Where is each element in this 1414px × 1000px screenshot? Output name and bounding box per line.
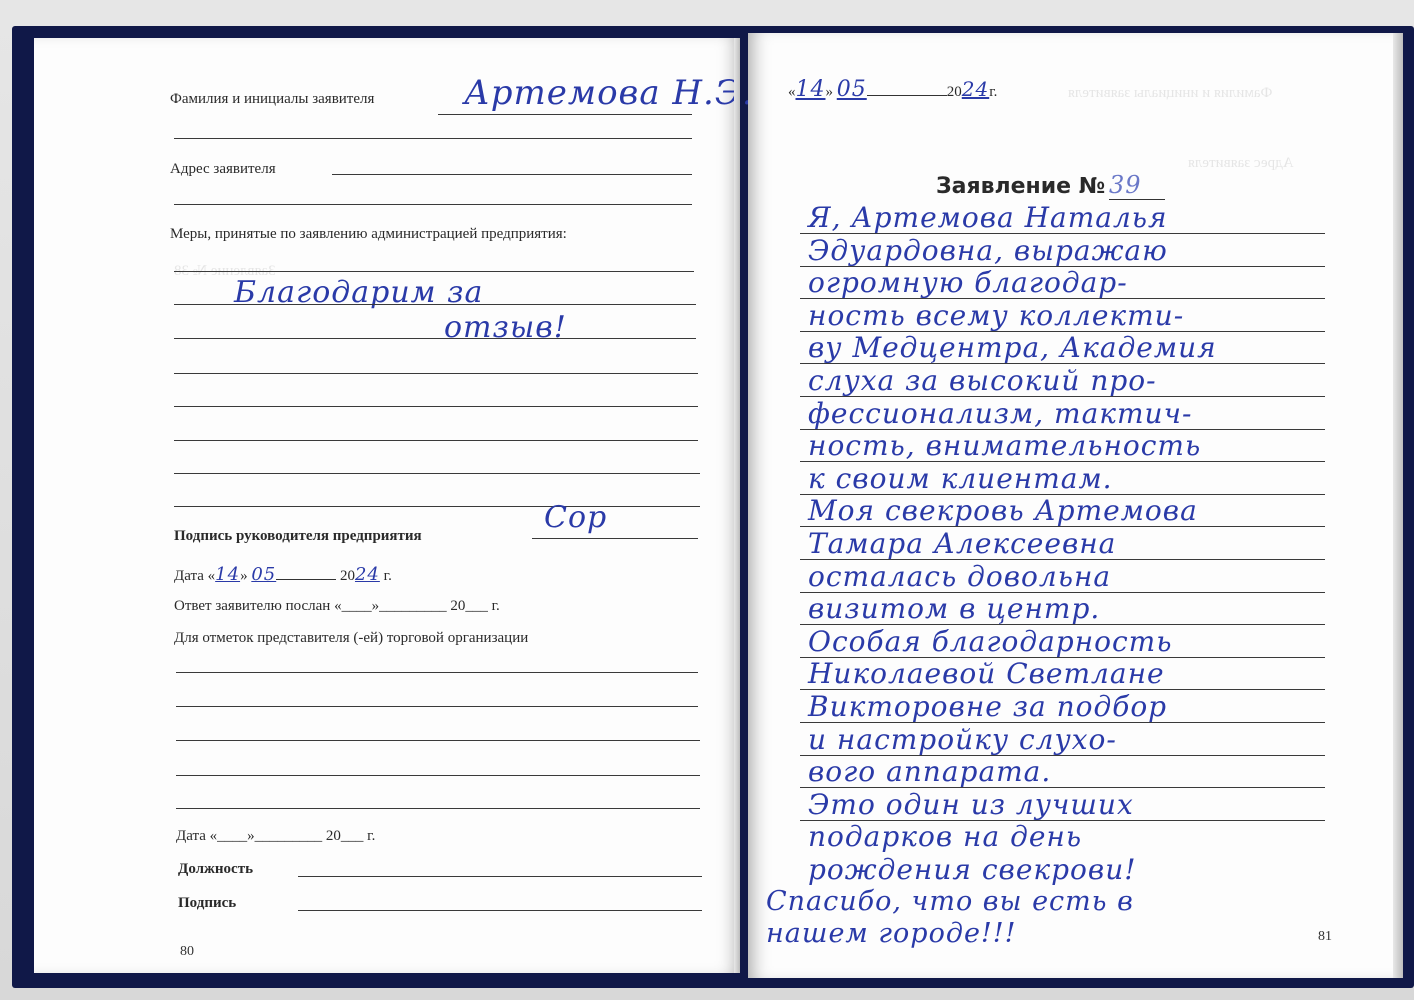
statement-title: Заявление № [936, 174, 1105, 199]
manager-signature-value[interactable]: Сор [544, 500, 607, 535]
date-month[interactable]: 05 [837, 77, 867, 102]
date-month[interactable]: 05 [251, 564, 276, 585]
notes-line-3[interactable] [176, 740, 700, 741]
statement-line[interactable]: Спасибо, что вы есть в [766, 886, 1134, 917]
date-suffix: г. [989, 84, 997, 100]
date-year-suffix[interactable]: 24 [355, 564, 380, 585]
statement-line[interactable]: и настройку слухо- [808, 723, 1117, 756]
measures-label: Меры, принятые по заявлению администраци… [170, 226, 567, 243]
reply-sent-text: Ответ заявителю послан «____»_________ 2… [174, 598, 500, 615]
date-month-line [867, 95, 947, 96]
manager-signature-label: Подпись руководителя предприятия [174, 528, 422, 545]
statement-rule-line [800, 657, 1325, 658]
right-page: Фамилия и инициалы заявителя Адрес заяви… [748, 33, 1403, 978]
statement-rule-line [800, 755, 1325, 756]
statement-title-row: Заявление № 39 [936, 171, 1165, 200]
statement-line[interactable]: ву Медцентра, Академия [808, 331, 1217, 364]
statement-line[interactable]: фессионализм, тактич- [808, 397, 1192, 430]
statement-rule-line [800, 494, 1325, 495]
statement-line[interactable]: рождения свекрови! [808, 853, 1136, 886]
measures-line-7 [174, 473, 700, 474]
right-page-edge [1393, 33, 1403, 978]
statement-line[interactable]: ность, внимательность [808, 429, 1201, 462]
date-year-suffix[interactable]: 24 [962, 77, 989, 101]
statement-rule-line [800, 233, 1325, 234]
statement-date-row: «14» 052024г. [788, 77, 997, 102]
signature-label: Подпись [178, 895, 236, 912]
notes-line-2[interactable] [176, 706, 698, 707]
manager-signature-line [532, 538, 698, 539]
statement-rule-line [800, 624, 1325, 625]
statement-rule-line [800, 689, 1325, 690]
page-number-right: 81 [1318, 929, 1332, 945]
applicant-name-line-2 [174, 138, 692, 139]
date-close-quote: » [826, 84, 834, 100]
measures-line-5 [174, 406, 698, 407]
statement-line[interactable]: вого аппарата. [808, 755, 1051, 788]
date-close-quote: » [240, 568, 251, 584]
notes-line-4[interactable] [176, 775, 700, 776]
address-line-2[interactable] [174, 204, 692, 205]
statement-rule-line [800, 331, 1325, 332]
date-month-line [276, 579, 336, 580]
trade-org-notes-label: Для отметок представителя (-ей) торговой… [174, 630, 528, 647]
bottom-date-text: Дата «____»_________ 20___ г. [176, 828, 375, 845]
applicant-name-line [438, 114, 692, 115]
statement-rule-line [800, 592, 1325, 593]
statement-line[interactable]: Особая благодарность [808, 625, 1172, 658]
show-through-text-2: Адрес заявителя [1188, 155, 1294, 172]
page-number-left: 80 [180, 944, 194, 960]
measures-line-6 [174, 440, 698, 441]
statement-line[interactable]: к своим клиентам. [808, 462, 1113, 495]
statement-rule-line [800, 526, 1325, 527]
statement-line[interactable]: визитом в центр. [808, 592, 1100, 625]
statement-line[interactable]: Тамара Алексеевна [808, 527, 1116, 560]
statement-line[interactable]: осталась довольна [808, 560, 1111, 593]
statement-rule-line [800, 429, 1325, 430]
date-suffix: г. [384, 568, 392, 584]
date-open-quote: « [788, 84, 796, 100]
left-page: Заявление № 38 Фамилия и инициалы заявит… [34, 38, 740, 973]
measures-line-8 [174, 506, 700, 507]
notes-line-1[interactable] [176, 672, 698, 673]
statement-line[interactable]: ность всему коллекти- [808, 299, 1184, 332]
statement-line[interactable]: нашем городе!!! [766, 918, 1017, 949]
statement-rule-line [800, 820, 1325, 821]
statement-line[interactable]: слуха за высокий про- [808, 364, 1157, 397]
position-line[interactable] [298, 876, 702, 877]
statement-rule-line [800, 722, 1325, 723]
date-day[interactable]: 14 [215, 564, 240, 585]
statement-line[interactable]: подарков на день [808, 820, 1082, 853]
statement-rule-line [800, 559, 1325, 560]
measures-line-1 [174, 271, 694, 272]
statement-rule-line [800, 461, 1325, 462]
measures-line-4 [174, 373, 698, 374]
notes-line-5[interactable] [176, 808, 700, 809]
statement-rule-line [800, 298, 1325, 299]
applicant-name-value[interactable]: Артемова Н.Э. [464, 73, 754, 113]
statement-line[interactable]: Это один из лучших [808, 788, 1134, 821]
statement-line[interactable]: Викторовне за подбор [808, 690, 1167, 723]
statement-rule-line [800, 396, 1325, 397]
show-through-text: Фамилия и инициалы заявителя [1068, 85, 1272, 102]
address-label: Адрес заявителя [170, 161, 276, 178]
statement-line[interactable]: Моя свекровь Артемова [808, 494, 1198, 527]
date-row: Дата «14» 05 2024 г. [174, 564, 392, 585]
left-page-gutter [734, 38, 740, 973]
date-label: Дата « [174, 568, 215, 584]
measures-line-2 [174, 304, 696, 305]
applicant-name-label: Фамилия и инициалы заявителя [170, 91, 374, 108]
statement-rule-line [800, 266, 1325, 267]
measures-line-3 [174, 338, 696, 339]
signature-line[interactable] [298, 910, 702, 911]
date-year-prefix: 20 [340, 568, 355, 584]
statement-rule-line [800, 363, 1325, 364]
date-year-prefix: 20 [947, 84, 962, 100]
position-label: Должность [178, 861, 253, 878]
statement-number[interactable]: 39 [1109, 171, 1165, 200]
measures-value-line-2[interactable]: отзыв! [444, 310, 567, 345]
statement-line[interactable]: Эдуардовна, выражаю [808, 234, 1168, 267]
address-line[interactable] [332, 174, 692, 175]
statement-line[interactable]: огромную благодар- [808, 266, 1128, 299]
statement-line[interactable]: Николаевой Светлане [808, 657, 1165, 690]
statement-rule-line [800, 787, 1325, 788]
date-day[interactable]: 14 [796, 77, 826, 102]
statement-line[interactable]: Я, Артемова Наталья [808, 201, 1168, 234]
